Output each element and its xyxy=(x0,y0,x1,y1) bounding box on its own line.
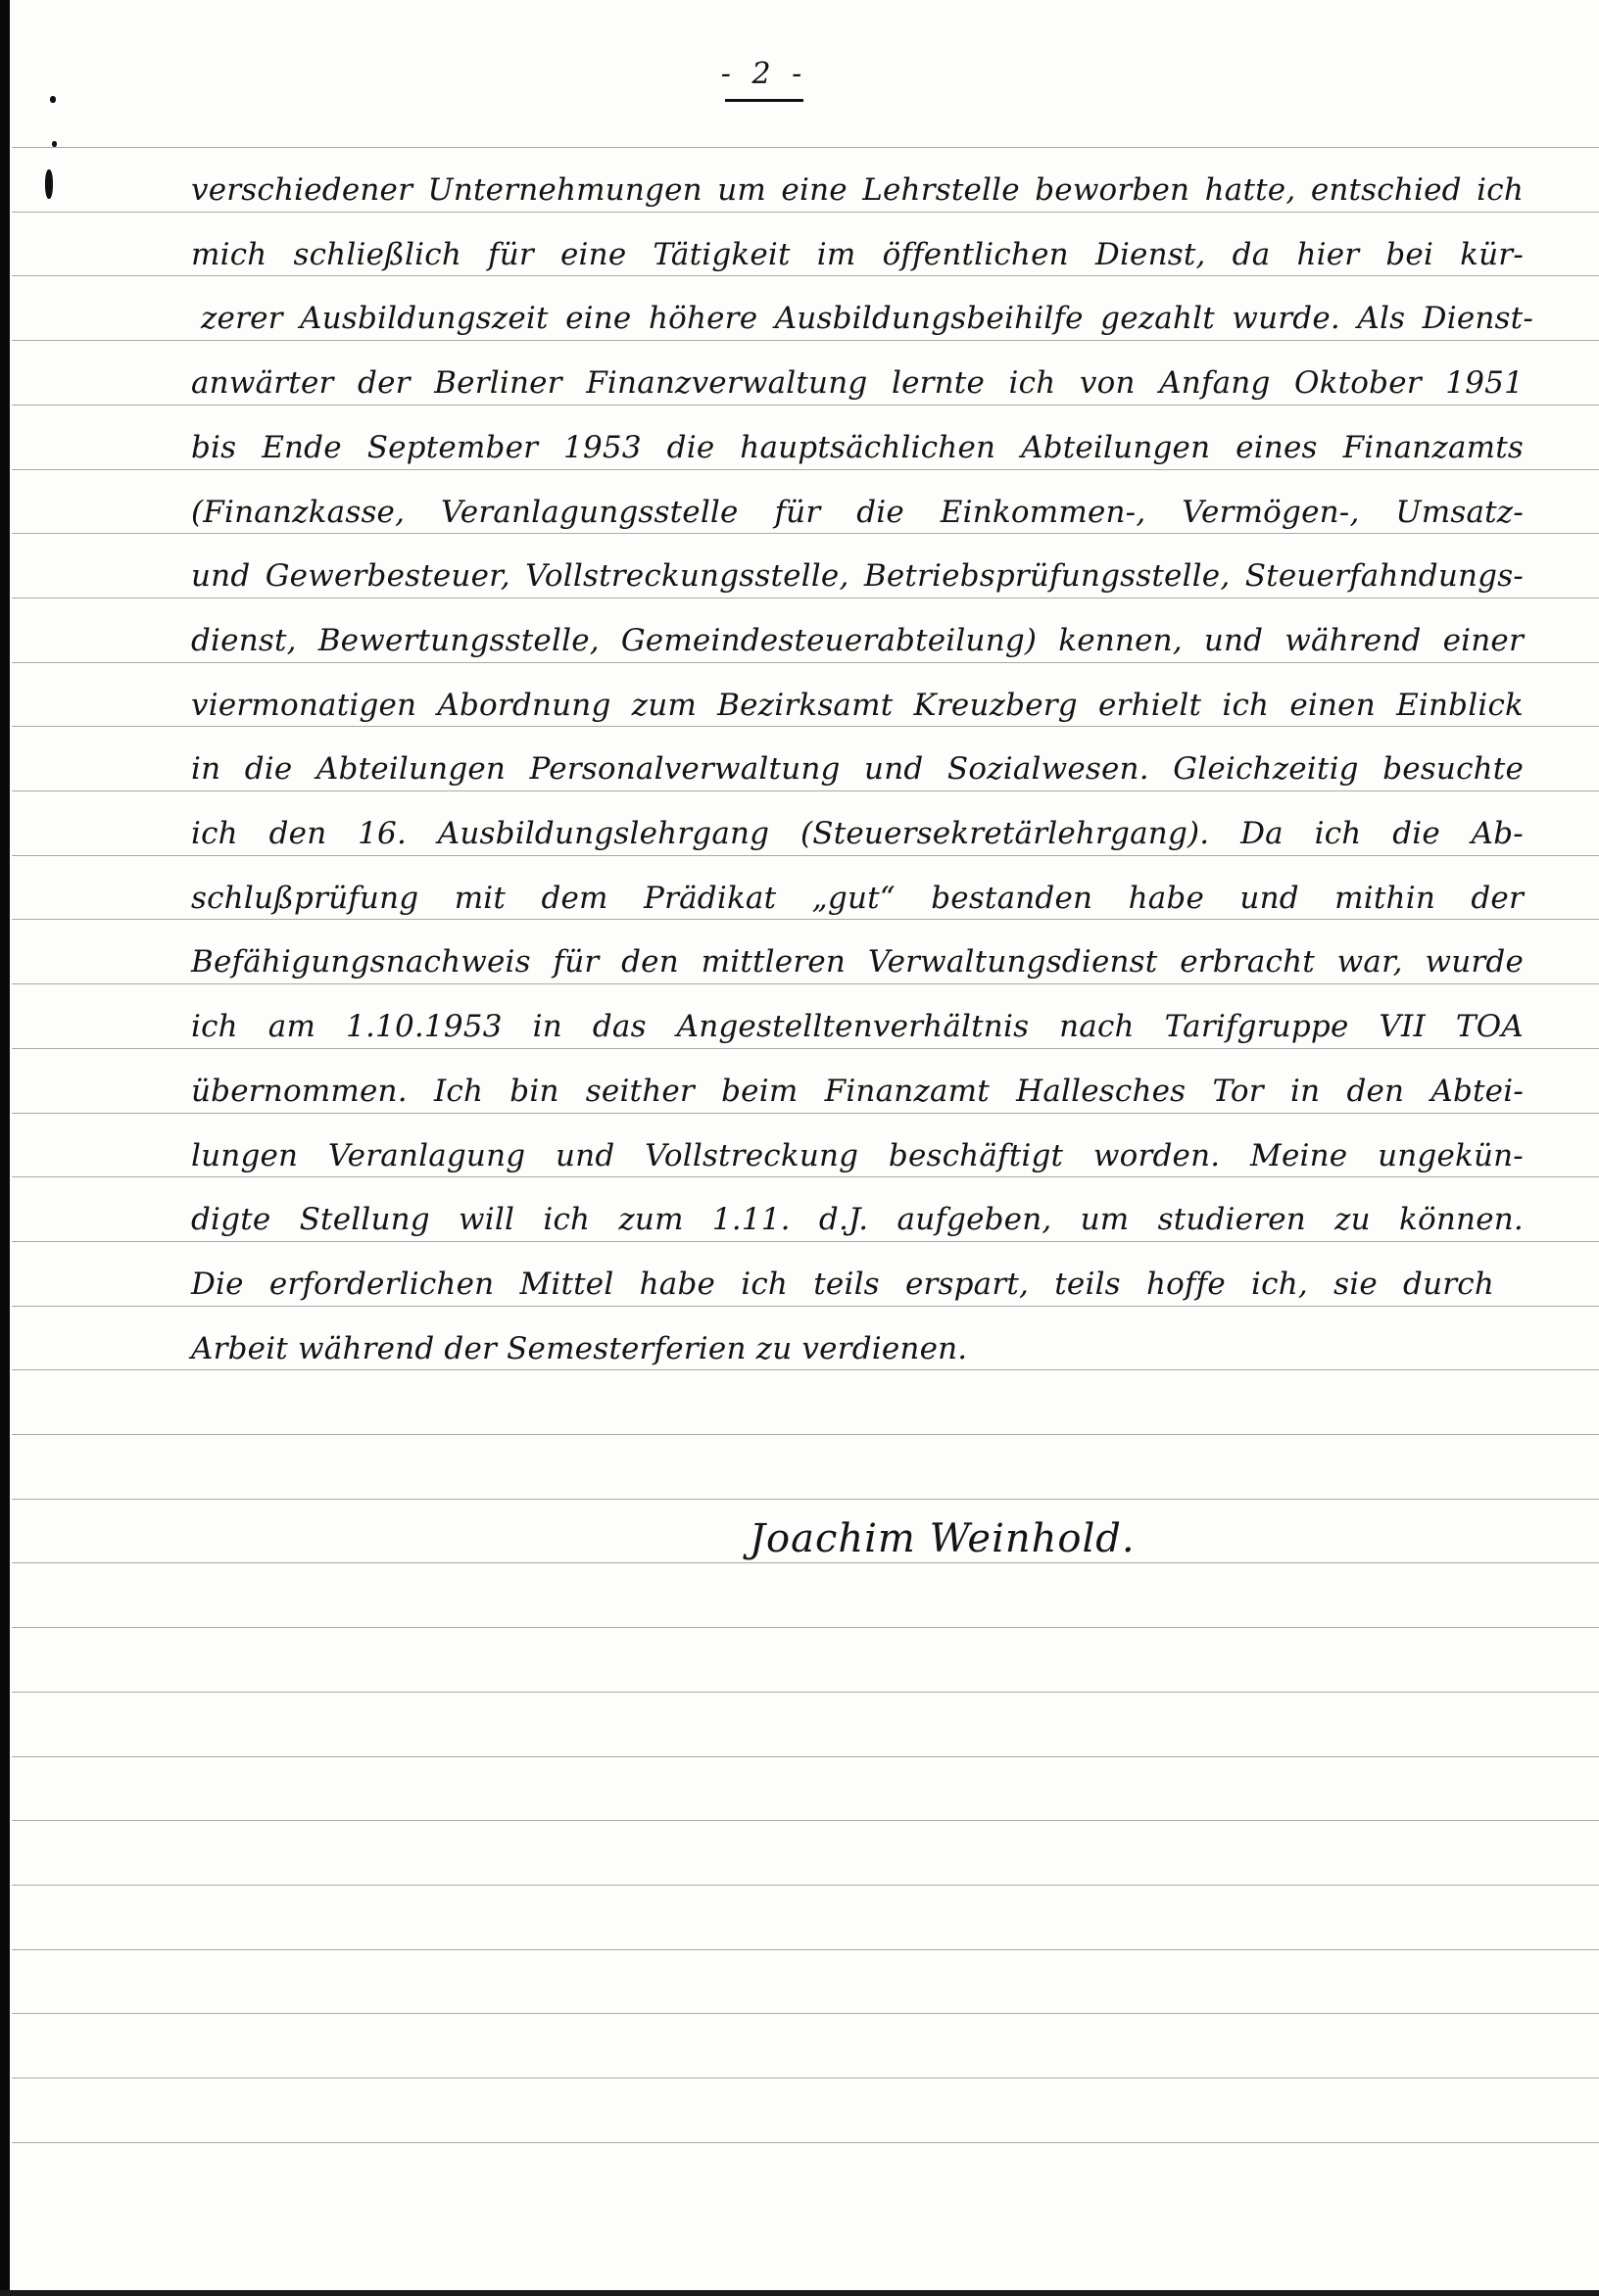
text-line: lungen Veranlagung und Vollstreckung bes… xyxy=(191,1138,1524,1187)
ruled-line xyxy=(12,1562,1599,1563)
text-line: übernommen. Ich bin seither beim Finanza… xyxy=(191,1074,1524,1123)
text-line: und Gewerbesteuer, Vollstreckungsstelle,… xyxy=(191,558,1524,607)
ruled-line xyxy=(12,1692,1599,1693)
ruled-line xyxy=(12,2013,1599,2014)
page-number-underline xyxy=(725,99,803,102)
text-line: schlußprüfung mit dem Prädikat „gut“ bes… xyxy=(191,881,1524,930)
ruled-line xyxy=(12,1434,1599,1435)
text-line: (Finanzkasse, Veranlagungsstelle für die… xyxy=(191,495,1524,544)
scan-left-edge xyxy=(0,0,10,2296)
ruled-line xyxy=(12,1885,1599,1886)
text-line: mich schließlich für eine Tätigkeit im ö… xyxy=(191,237,1524,286)
text-line: anwärter der Berliner Finanzverwaltung l… xyxy=(191,365,1524,414)
text-line: in die Abteilungen Personalverwaltung un… xyxy=(191,751,1524,800)
ruled-line xyxy=(12,1756,1599,1757)
scan-bottom-edge xyxy=(0,2290,1599,2296)
ruled-line xyxy=(12,2142,1599,2143)
text-line: zerer Ausbildungszeit eine höhere Ausbil… xyxy=(201,301,1533,350)
text-line: verschiedener Unternehmungen um eine Leh… xyxy=(191,172,1524,221)
text-line: digte Stellung will ich zum 1.11. d.J. a… xyxy=(191,1202,1524,1251)
text-line: Arbeit während der Semesterferien zu ver… xyxy=(191,1331,1269,1380)
punch-mark xyxy=(45,169,53,199)
page-number: - 2 - xyxy=(686,57,843,91)
text-line: Befähigungsnachweis für den mittleren Ve… xyxy=(191,944,1524,993)
text-line: bis Ende September 1953 die hauptsächlic… xyxy=(191,430,1524,479)
ruled-line xyxy=(12,1627,1599,1628)
text-line: dienst, Bewertungsstelle, Gemeindesteuer… xyxy=(191,623,1524,672)
text-line: ich am 1.10.1953 in das Angestelltenverh… xyxy=(191,1009,1524,1058)
text-line: ich den 16. Ausbildungslehrgang (Steuers… xyxy=(191,816,1524,865)
ruled-line xyxy=(12,1949,1599,1950)
text-line: viermonatigen Abordnung zum Bezirksamt K… xyxy=(191,688,1524,737)
signature: Joachim Weinhold. xyxy=(750,1516,1136,1561)
ruled-line xyxy=(12,1820,1599,1821)
ruled-line xyxy=(12,1499,1599,1500)
punch-mark xyxy=(50,96,56,103)
ruled-line xyxy=(12,2078,1599,2079)
text-line: Die erforderlichen Mittel habe ich teils… xyxy=(191,1267,1494,1315)
ruled-line xyxy=(12,147,1599,148)
